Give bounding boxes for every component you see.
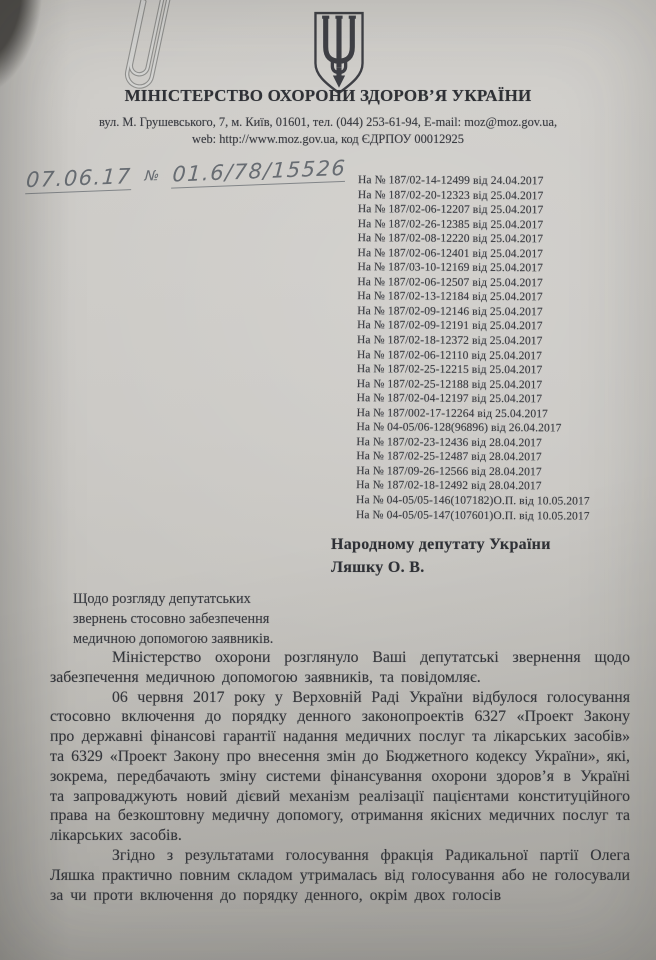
reference-line: На № 04-05/06-128(96896) від 26.04.2017 — [356, 420, 626, 436]
reference-line: На № 187/02-09-12191 від 25.04.2017 — [357, 319, 627, 335]
ministry-name: МІНІСТЕРСТВО ОХОРОНИ ЗДОРОВ’Я УКРАЇНИ — [28, 86, 628, 106]
ukraine-trident-emblem-icon — [306, 10, 372, 98]
addressee-line1: Народному депутату України — [331, 534, 551, 557]
reference-line: На № 04-05/05-147(107601)О.П. від 10.05.… — [356, 508, 626, 524]
photo-background: МІНІСТЕРСТВО ОХОРОНИ ЗДОРОВ’Я УКРАЇНИ ву… — [0, 0, 656, 960]
registration-note: 07.06.17 № 01.6/78/15526 — [25, 156, 347, 192]
reference-line: На № 187/002-17-12264 від 25.04.2017 — [357, 406, 627, 422]
letterhead: МІНІСТЕРСТВО ОХОРОНИ ЗДОРОВ’Я УКРАЇНИ ву… — [28, 86, 628, 147]
body-paragraph-2: 06 червня 2017 року у Верховній Раді Укр… — [50, 688, 630, 846]
reference-line: На № 187/03-10-12169 від 25.04.2017 — [357, 260, 627, 276]
reference-line: На № 187/02-26-12385 від 25.04.2017 — [358, 217, 628, 233]
reference-list: На № 187/02-14-12499 від 24.04.2017 На №… — [356, 173, 628, 524]
subject-line: звернень стосовно забезпечення — [73, 610, 273, 630]
reference-line: На № 187/02-04-12197 від 25.04.2017 — [357, 391, 627, 407]
ministry-address-line1: вул. М. Грушевського, 7, м. Київ, 01601,… — [28, 114, 628, 131]
letter-body: Міністерство охорони розглянуло Ваші деп… — [50, 648, 630, 905]
reference-line: На № 187/02-25-12215 від 25.04.2017 — [357, 362, 627, 378]
addressee-line2: Ляшку О. В. — [331, 557, 551, 580]
reference-line: На № 187/02-06-12207 від 25.04.2017 — [358, 202, 628, 218]
numero-sign: № — [144, 168, 160, 185]
reference-line: На № 187/02-06-12401 від 25.04.2017 — [358, 246, 628, 262]
reference-line: На № 187/02-25-12188 від 25.04.2017 — [357, 377, 627, 393]
reference-line: На № 187/02-06-12110 від 25.04.2017 — [357, 348, 627, 364]
reference-line: На № 187/02-25-12487 від 28.04.2017 — [356, 450, 626, 466]
reference-line: На № 187/02-14-12499 від 24.04.2017 — [358, 173, 628, 189]
reference-line: На № 187/02-18-12492 від 28.04.2017 — [356, 479, 626, 495]
addressee-block: Народному депутату України Ляшку О. В. — [331, 534, 551, 579]
subject-line: Щодо розгляду депутатських — [73, 590, 273, 610]
reference-line: На № 187/02-13-12184 від 25.04.2017 — [357, 290, 627, 306]
reference-line: На № 187/02-08-12220 від 25.04.2017 — [358, 231, 628, 247]
reference-line: На № 187/09-26-12566 від 28.04.2017 — [356, 464, 626, 480]
reference-line: На № 187/02-09-12146 від 25.04.2017 — [357, 304, 627, 320]
body-paragraph-3: Згідно з результатами голосування фракці… — [50, 846, 630, 905]
registration-number: 01.6/78/15526 — [172, 156, 348, 189]
subject-line: медичною допомогою заявників. — [73, 630, 273, 650]
reference-line: На № 04-05/05-146(107182)О.П. від 10.05.… — [356, 493, 626, 509]
reference-line: На № 187/02-20-12323 від 25.04.2017 — [358, 188, 628, 204]
registration-date: 07.06.17 — [25, 164, 132, 194]
body-paragraph-1: Міністерство охорони розглянуло Ваші деп… — [50, 648, 630, 688]
subject-block: Щодо розгляду депутатських звернень стос… — [73, 590, 273, 649]
reference-line: На № 187/02-23-12436 від 28.04.2017 — [356, 435, 626, 451]
reference-line: На № 187/02-06-12507 від 25.04.2017 — [357, 275, 627, 291]
reference-line: На № 187/02-18-12372 від 25.04.2017 — [357, 333, 627, 349]
ministry-address-line2: web: http://www.moz.gov.ua, код ЄДРПОУ 0… — [28, 131, 628, 148]
